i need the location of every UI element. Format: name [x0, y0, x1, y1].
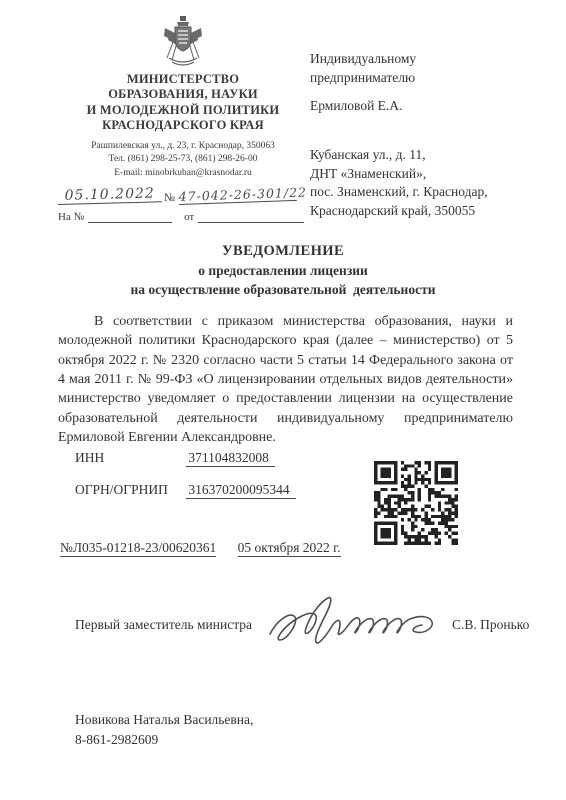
outgoing-date-row: 05.10.2022 № 47-042-26-301/22 [52, 188, 314, 205]
ogrn-row: ОГРН/ОГРНИП 316370200095344 [75, 482, 296, 498]
reply-from-blank [198, 210, 304, 223]
addressee-name: Ермиловой Е.А. [310, 97, 550, 116]
qr-code [374, 461, 458, 545]
inn-value: 371104832008 [186, 450, 275, 467]
scanned-letter-page: МИНИСТЕРСТВО ОБРАЗОВАНИЯ, НАУКИ И МОЛОДЕ… [0, 0, 566, 800]
executor-phone: 8-861-2982609 [75, 730, 253, 750]
title-line: о предоставлении лицензии [0, 263, 566, 279]
license-date: 05 октября 2022 г. [238, 540, 341, 557]
number-sign: № [164, 192, 175, 204]
signer-position: Первый заместитель министра [75, 617, 252, 633]
executor-contact: Новикова Наталья Васильевна, 8-861-29826… [75, 710, 253, 749]
addressee-type-line: предпринимателю [310, 69, 550, 88]
ministry-phone: Тел. (861) 298-25-73, (861) 298-26-00 [52, 153, 314, 166]
license-number: №Л035-01218-23/00620361 [60, 540, 216, 557]
executor-name: Новикова Наталья Васильевна, [75, 710, 253, 730]
handwritten-outgoing-number: 47-042-26-301/22 [178, 185, 296, 205]
ministry-email: E-mail: minobrkuban@krasnodar.ru [52, 167, 314, 180]
title-line: УВЕДОМЛЕНИЕ [0, 243, 566, 260]
ministry-line: КРАСНОДАРСКОГО КРАЯ [52, 118, 314, 133]
ministry-contacts: Рашпилевская ул., д. 23, г. Краснодар, 3… [52, 140, 314, 180]
ministry-line: МИНИСТЕРСТВО [52, 72, 314, 87]
license-number-row: №Л035-01218-23/00620361 05 октября 2022 … [60, 540, 341, 556]
addressee-block: Индивидуальному предпринимателю Ермилово… [310, 50, 550, 220]
document-title: УВЕДОМЛЕНИЕ о предоставлении лицензии на… [0, 243, 566, 298]
reply-no-label: На № [58, 211, 84, 223]
addressee-address-line: Кубанская ул., д. 11, [310, 146, 550, 165]
ministry-line: ОБРАЗОВАНИЯ, НАУКИ [52, 87, 314, 102]
handwritten-signature [262, 588, 448, 654]
inn-label: ИНН [75, 450, 183, 466]
addressee-type-line: Индивидуальному [310, 50, 550, 69]
ministry-address: Рашпилевская ул., д. 23, г. Краснодар, 3… [52, 140, 314, 153]
ministry-line: И МОЛОДЕЖНОЙ ПОЛИТИКИ [52, 103, 314, 118]
handwritten-date: 05.10.2022 [58, 185, 162, 205]
reply-no-blank [88, 210, 172, 223]
title-line: на осуществление образовательной деятель… [0, 282, 566, 298]
body-paragraph: В соответствии с приказом министерства о… [58, 312, 513, 447]
addressee-address-line: пос. Знаменский, г. Краснодар, [310, 183, 550, 202]
ogrn-value: 316370200095344 [186, 482, 295, 499]
reply-from-label: от [184, 211, 194, 223]
ministry-name: МИНИСТЕРСТВО ОБРАЗОВАНИЯ, НАУКИ И МОЛОДЕ… [52, 72, 314, 133]
signer-name: С.В. Пронько [452, 617, 529, 633]
addressee-address-line: ДНТ «Знаменский», [310, 165, 550, 184]
letterhead: МИНИСТЕРСТВО ОБРАЗОВАНИЯ, НАУКИ И МОЛОДЕ… [52, 14, 314, 223]
reply-reference-row: На № от [52, 210, 314, 223]
inn-row: ИНН 371104832008 [75, 450, 275, 466]
ogrn-label: ОГРН/ОГРНИП [75, 482, 183, 498]
addressee-address-line: Краснодарский край, 350055 [310, 202, 550, 221]
coat-of-arms-icon [155, 14, 211, 68]
